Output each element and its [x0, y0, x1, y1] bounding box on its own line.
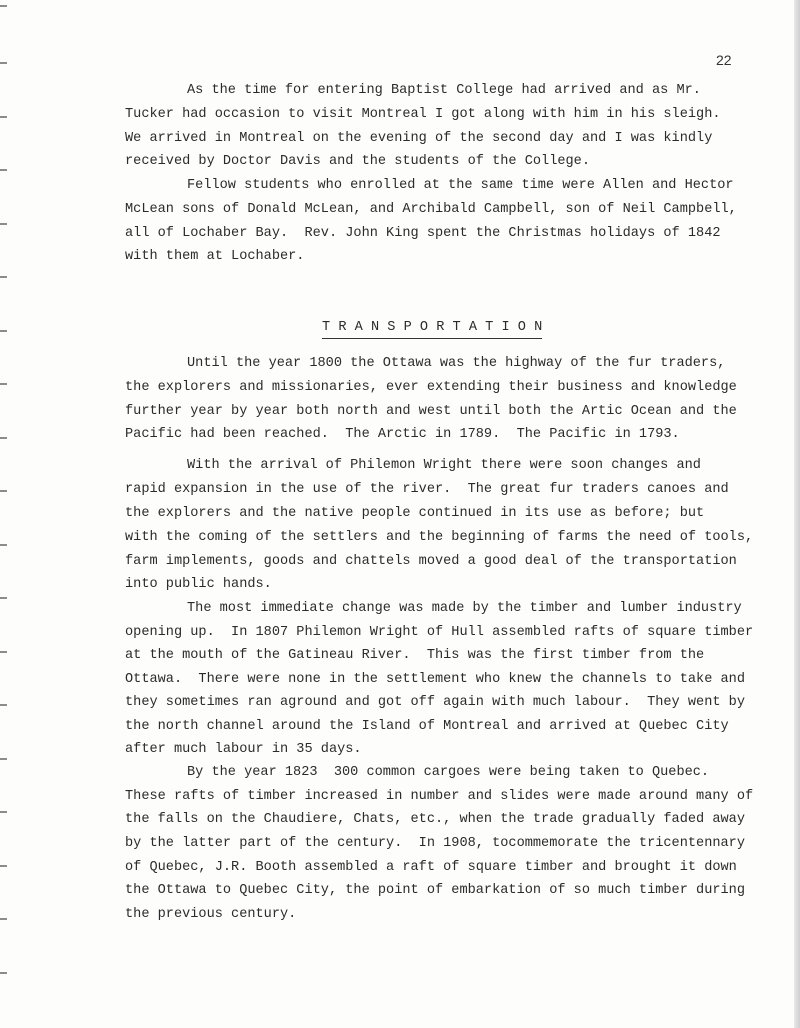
margin-tick [0, 651, 7, 653]
margin-tick [0, 62, 7, 64]
text-line: all of Lochaber Bay. Rev. John King spen… [125, 225, 721, 243]
text-line: Tucker had occasion to visit Montreal I … [125, 106, 721, 124]
text-line: after much labour in 35 days. [125, 741, 362, 759]
page-edge-shadow [794, 0, 800, 1028]
text-line: they sometimes ran aground and got off a… [125, 694, 745, 712]
text-line: These rafts of timber increased in numbe… [125, 788, 753, 806]
margin-tick [0, 116, 7, 118]
margin-tick [0, 437, 7, 439]
margin-tick [0, 704, 7, 706]
margin-tick [0, 865, 7, 867]
text-line: into public hands. [125, 576, 272, 594]
text-line: Ottawa. There were none in the settlemen… [125, 671, 745, 689]
text-line: With the arrival of Philemon Wright ther… [187, 457, 701, 475]
text-line: By the year 1823 300 common cargoes were… [187, 764, 709, 782]
margin-tick [0, 490, 7, 492]
margin-tick [0, 223, 7, 225]
margin-tick [0, 169, 7, 171]
text-line: at the mouth of the Gatineau River. This… [125, 647, 704, 665]
text-line: As the time for entering Baptist College… [187, 82, 701, 100]
margin-tick [0, 383, 7, 385]
text-line: Pacific had been reached. The Arctic in … [125, 426, 680, 444]
text-line: We arrived in Montreal on the evening of… [125, 130, 712, 148]
text-line: with the coming of the settlers and the … [125, 529, 753, 547]
margin-tick [0, 5, 7, 7]
margin-tick [0, 918, 7, 920]
text-line: the north channel around the Island of M… [125, 718, 729, 736]
text-line: of Quebec, J.R. Booth assembled a raft o… [125, 859, 737, 877]
margin-tick [0, 811, 7, 813]
text-line: further year by year both north and west… [125, 403, 737, 421]
page-number: 22 [716, 52, 732, 68]
text-line: opening up. In 1807 Philemon Wright of H… [125, 624, 753, 642]
text-line: the previous century. [125, 906, 296, 924]
margin-tick [0, 544, 7, 546]
text-line: Fellow students who enrolled at the same… [187, 177, 734, 195]
text-line: rapid expansion in the use of the river.… [125, 481, 729, 499]
margin-tick [0, 758, 7, 760]
margin-tick [0, 330, 7, 332]
text-line: the explorers and the native people cont… [125, 505, 704, 523]
text-line: by the latter part of the century. In 19… [125, 835, 745, 853]
margin-tick [0, 597, 7, 599]
text-line: the Ottawa to Quebec City, the point of … [125, 882, 745, 900]
text-line: McLean sons of Donald McLean, and Archib… [125, 201, 737, 219]
margin-tick-marks [0, 0, 8, 1028]
text-line: with them at Lochaber. [125, 248, 304, 266]
text-line: farm implements, goods and chattels move… [125, 553, 737, 571]
margin-tick [0, 276, 7, 278]
text-line: the explorers and missionaries, ever ext… [125, 379, 737, 397]
margin-tick [0, 972, 7, 974]
text-line: The most immediate change was made by th… [187, 600, 742, 618]
text-line: the falls on the Chaudiere, Chats, etc.,… [125, 811, 745, 829]
text-line: received by Doctor Davis and the student… [125, 153, 590, 171]
section-heading-transportation: T R A N S P O R T A T I O N [322, 320, 542, 339]
text-line: Until the year 1800 the Ottawa was the h… [187, 355, 725, 373]
